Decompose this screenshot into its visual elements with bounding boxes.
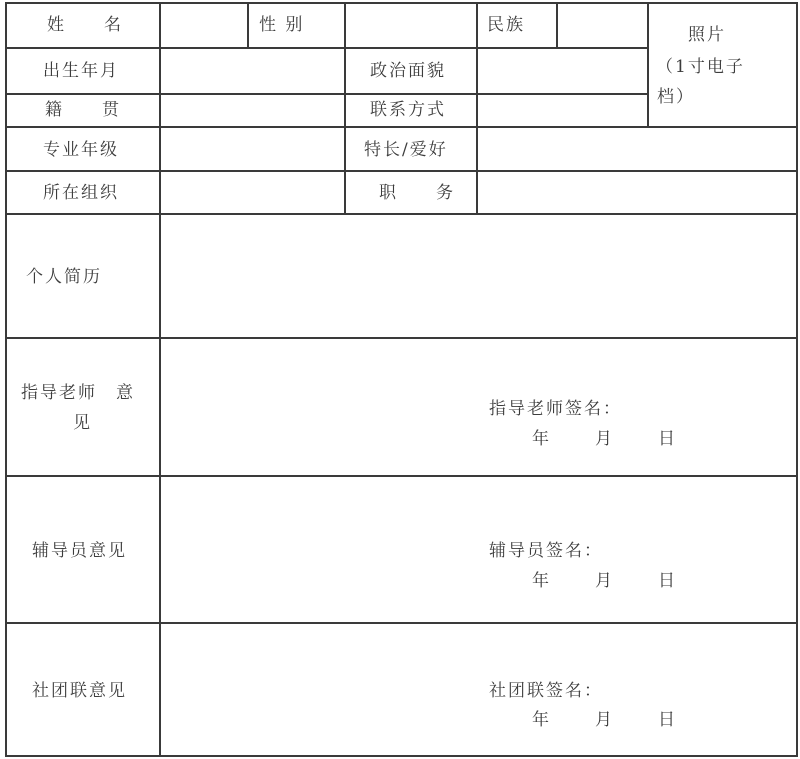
political-field[interactable]	[478, 49, 647, 93]
gender-label: 性 别	[259, 15, 304, 35]
advisor-signature-label: 指导老师签名：	[489, 399, 622, 419]
birth-field[interactable]	[161, 49, 344, 93]
advisor-date: 年 月 日	[532, 429, 679, 449]
organization-label: 所在组织	[43, 183, 119, 203]
counselor-opinion-field[interactable]	[161, 477, 796, 622]
name-field[interactable]	[161, 4, 247, 47]
ethnicity-label: 民族	[487, 15, 525, 35]
position-label: 职 务	[379, 183, 455, 203]
photo-label: 照片	[688, 25, 726, 45]
advisor-opinion-label-cont: 见	[73, 413, 92, 433]
table-border-bottom	[5, 755, 797, 757]
contact-label: 联系方式	[370, 100, 446, 120]
hobby-field[interactable]	[478, 128, 796, 170]
position-field[interactable]	[478, 172, 796, 213]
table-border-right	[796, 2, 798, 757]
photo-hint: （1寸电子	[656, 57, 745, 77]
union-date: 年 月 日	[532, 710, 679, 730]
counselor-date: 年 月 日	[532, 571, 679, 591]
resume-field[interactable]	[161, 215, 796, 337]
contact-field[interactable]	[478, 95, 647, 126]
counselor-signature-label: 辅导员签名：	[489, 541, 603, 561]
birth-label: 出生年月	[43, 61, 119, 81]
table-border-left	[5, 2, 7, 757]
political-label: 政治面貌	[370, 61, 446, 81]
union-signature-label: 社团联签名：	[489, 681, 603, 701]
advisor-opinion-field[interactable]	[161, 339, 796, 475]
hobby-label: 特长/爱好	[364, 140, 448, 160]
organization-field[interactable]	[161, 172, 344, 213]
name-label: 姓 名	[47, 15, 123, 35]
counselor-opinion-label: 辅导员意见	[32, 541, 127, 561]
ethnicity-field[interactable]	[558, 4, 647, 47]
major-field[interactable]	[161, 128, 344, 170]
native-place-field[interactable]	[161, 95, 344, 126]
union-opinion-label: 社团联意见	[32, 681, 127, 701]
advisor-opinion-label: 指导老师 意	[21, 383, 135, 403]
major-label: 专业年级	[43, 140, 119, 160]
native-place-label: 籍 贯	[45, 100, 121, 120]
resume-label: 个人简历	[26, 267, 102, 287]
union-opinion-field[interactable]	[161, 624, 796, 755]
photo-hint-cont: 档）	[657, 87, 695, 107]
column-divider	[247, 2, 249, 49]
gender-field[interactable]	[346, 4, 476, 47]
